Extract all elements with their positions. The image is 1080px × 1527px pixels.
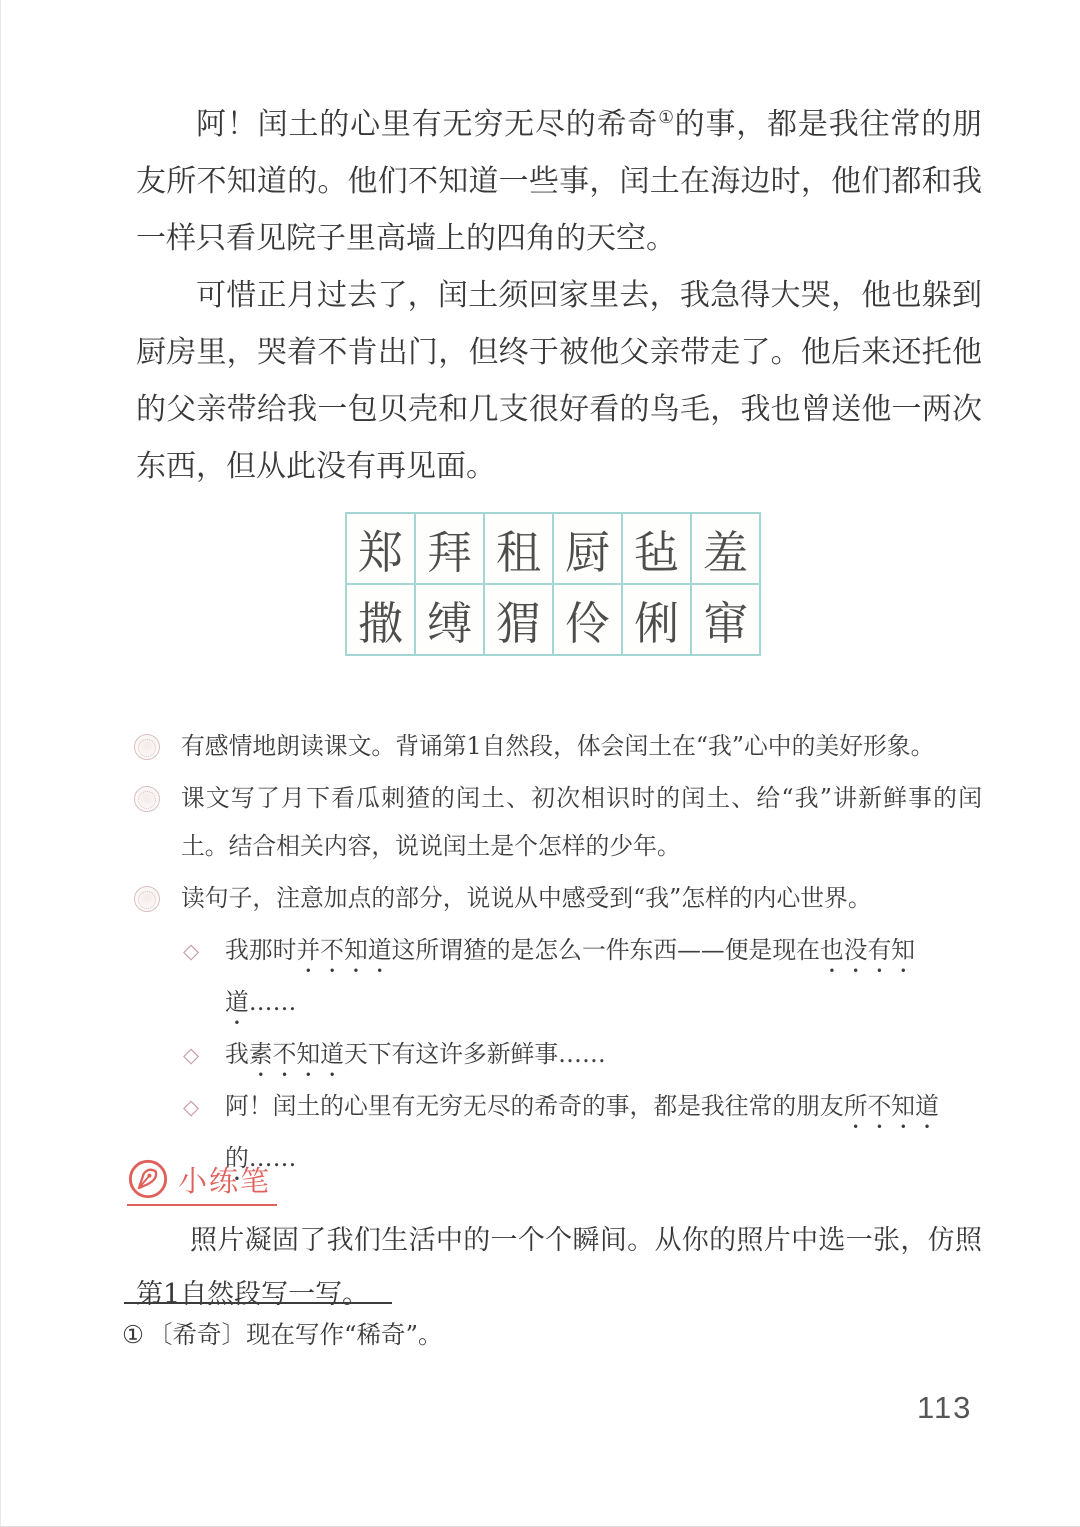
exercise-item: 读句子，注意加点的部分，说说从中感受到“我”怎样的内心世界。 xyxy=(134,874,982,922)
example-sentence-list: ◇ 我那时并不知道这所谓猹的是怎么一件东西——便是现在也没有知道…… ◇ 我素不… xyxy=(183,926,982,1186)
grid-row: 郑 拜 租 厨 毡 羞 xyxy=(346,513,760,584)
sentence-text: 我那时并不知道这所谓猹的是怎么一件东西——便是现在也没有知道…… xyxy=(225,926,940,1030)
example-sentence: ◇ 我那时并不知道这所谓猹的是怎么一件东西——便是现在也没有知道…… xyxy=(183,926,982,1030)
example-sentence: ◇ 我素不知道天下有这许多新鲜事…… xyxy=(183,1030,982,1082)
diamond-bullet-icon: ◇ xyxy=(183,1031,205,1079)
grid-row: 撒 缚 猬 伶 俐 窜 xyxy=(346,584,760,655)
sentence-text: 阿！闰土的心里有无穷无尽的希奇的事，都是我往常的朋友所不知道的…… xyxy=(225,1082,940,1186)
page-number: 113 xyxy=(917,1390,972,1426)
grid-cell: 缚 xyxy=(415,584,484,655)
grid-cell: 厨 xyxy=(553,513,622,584)
grid-cell: 伶 xyxy=(553,584,622,655)
story-paragraph: 阿！闰土的心里有无穷无尽的希奇①的事，都是我往常的朋友所不知道的。他们不知道一些… xyxy=(136,96,982,267)
footnote-divider xyxy=(124,1302,392,1304)
footnote-text: 〔希奇〕现在写作“稀奇”。 xyxy=(148,1320,443,1349)
grid-cell: 撒 xyxy=(346,584,415,655)
exercise-item: 课文写了月下看瓜刺猹的闰土、初次相识时的闰土、给“我”讲新鲜事的闰土。结合相关内… xyxy=(134,774,982,870)
grid-cell: 猬 xyxy=(484,584,553,655)
exercise-text: 读句子，注意加点的部分，说说从中感受到“我”怎样的内心世界。 xyxy=(181,874,982,922)
practice-instruction: 照片凝固了我们生活中的一个个瞬间。从你的照片中选一张，仿照第1自然段写一写。 xyxy=(136,1214,982,1322)
exercise-item: 有感情地朗读课文。背诵第1自然段，体会闰土在“我”心中的美好形象。 xyxy=(134,722,982,770)
sentence-text: 我素不知道天下有这许多新鲜事…… xyxy=(225,1030,940,1082)
example-sentence: ◇ 阿！闰土的心里有无穷无尽的希奇的事，都是我往常的朋友所不知道的…… xyxy=(183,1082,982,1186)
textbook-page: 阿！闰土的心里有无穷无尽的希奇①的事，都是我往常的朋友所不知道的。他们不知道一些… xyxy=(0,0,1080,1527)
grid-cell: 毡 xyxy=(622,513,691,584)
emphasized-phrase: 素不知道 xyxy=(249,1040,344,1068)
emphasized-phrase: 并不知道 xyxy=(296,936,391,964)
footnote-marker: ① xyxy=(122,1320,144,1349)
flower-stamp-icon xyxy=(134,734,160,760)
flower-stamp-icon xyxy=(134,886,160,912)
footnote: ①〔希奇〕现在写作“稀奇”。 xyxy=(122,1315,822,1355)
diamond-bullet-icon: ◇ xyxy=(183,927,205,975)
grid-cell: 窜 xyxy=(691,584,760,655)
diamond-bullet-icon: ◇ xyxy=(183,1083,205,1131)
story-text-block: 阿！闰土的心里有无穷无尽的希奇①的事，都是我往常的朋友所不知道的。他们不知道一些… xyxy=(136,96,982,495)
exercise-list: 有感情地朗读课文。背诵第1自然段，体会闰土在“我”心中的美好形象。 课文写了月下… xyxy=(134,722,982,1186)
exercise-text: 课文写了月下看瓜刺猹的闰土、初次相识时的闰土、给“我”讲新鲜事的闰土。结合相关内… xyxy=(181,774,982,870)
grid-cell: 租 xyxy=(484,513,553,584)
grid-cell: 俐 xyxy=(622,584,691,655)
practice-title: 小练笔 xyxy=(178,1159,271,1200)
vocabulary-grid: 郑 拜 租 厨 毡 羞 撒 缚 猬 伶 俐 窜 xyxy=(345,512,761,656)
footnote-reference: ① xyxy=(658,108,674,128)
grid-cell: 羞 xyxy=(691,513,760,584)
story-paragraph-start: 阿！闰土的心里有无穷无尽的希奇 xyxy=(196,107,658,142)
grid-cell: 郑 xyxy=(346,513,415,584)
flower-stamp-icon xyxy=(134,786,160,812)
grid-cell: 拜 xyxy=(415,513,484,584)
pen-nib-icon xyxy=(127,1158,169,1200)
story-paragraph: 可惜正月过去了，闰土须回家里去，我急得大哭，他也躲到厨房里，哭着不肯出门，但终于… xyxy=(136,267,982,495)
practice-section-header: 小练笔 xyxy=(127,1158,277,1206)
exercise-text: 有感情地朗读课文。背诵第1自然段，体会闰土在“我”心中的美好形象。 xyxy=(181,722,982,770)
